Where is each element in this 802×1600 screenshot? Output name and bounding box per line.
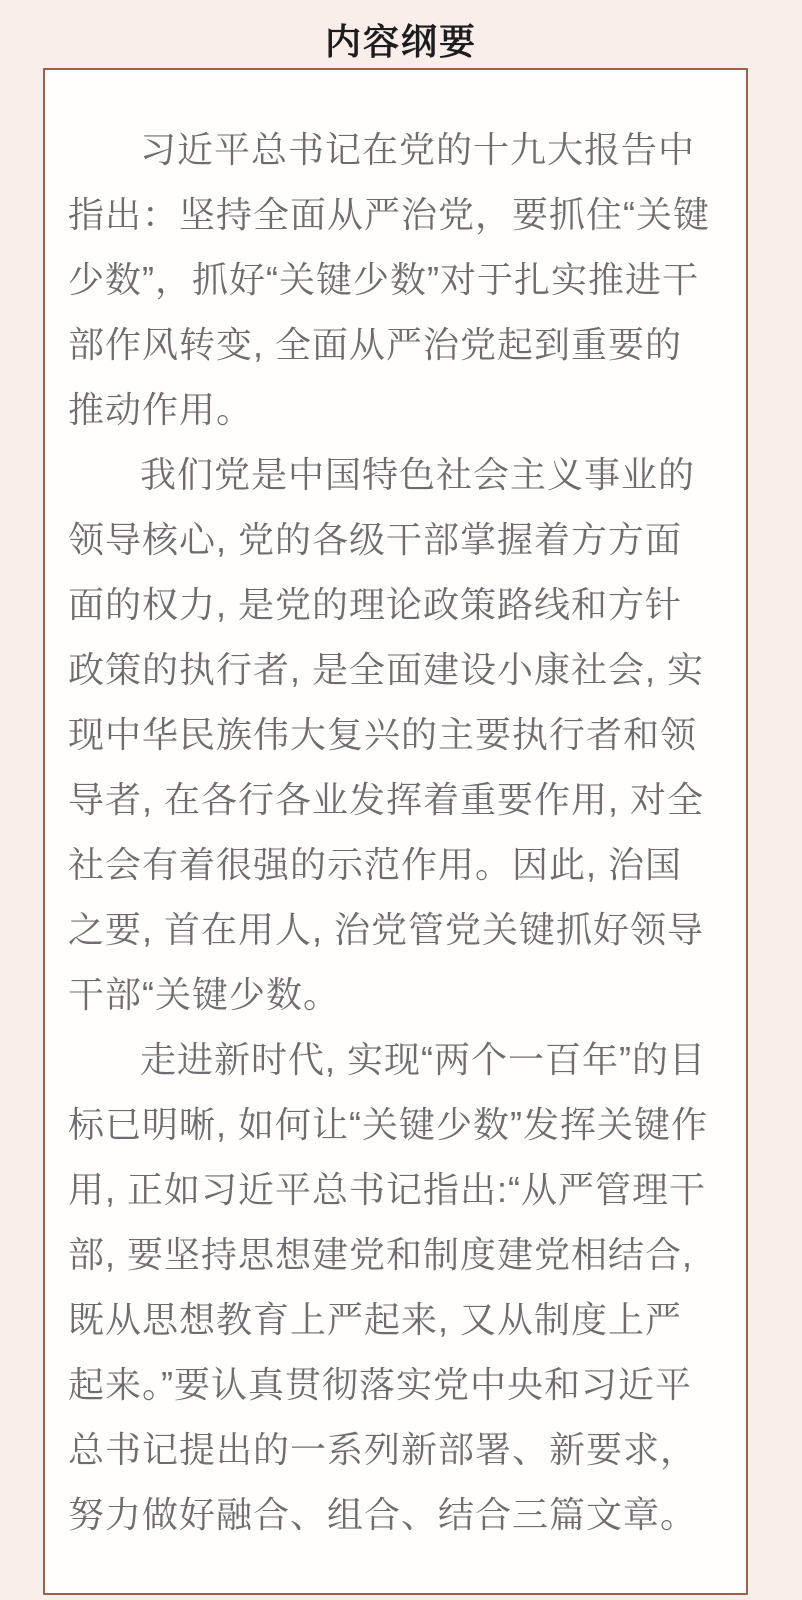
paragraph-1: 习近平总书记在党的十九大报告中指出：坚持全面从严治党，要抓住“关键少数”，抓好“… — [68, 117, 718, 442]
page-title: 内容纲要 — [0, 14, 802, 65]
paragraph-2: 我们党是中国特色社会主义事业的领导核心, 党的各级干部掌握着方方面面的权力, 是… — [68, 442, 718, 1027]
content-box: 习近平总书记在党的十九大报告中指出：坚持全面从严治党，要抓住“关键少数”，抓好“… — [43, 68, 748, 1595]
paragraph-3: 走进新时代, 实现“两个一百年”的目标已明晰, 如何让“关键少数”发挥关键作用,… — [68, 1027, 718, 1547]
